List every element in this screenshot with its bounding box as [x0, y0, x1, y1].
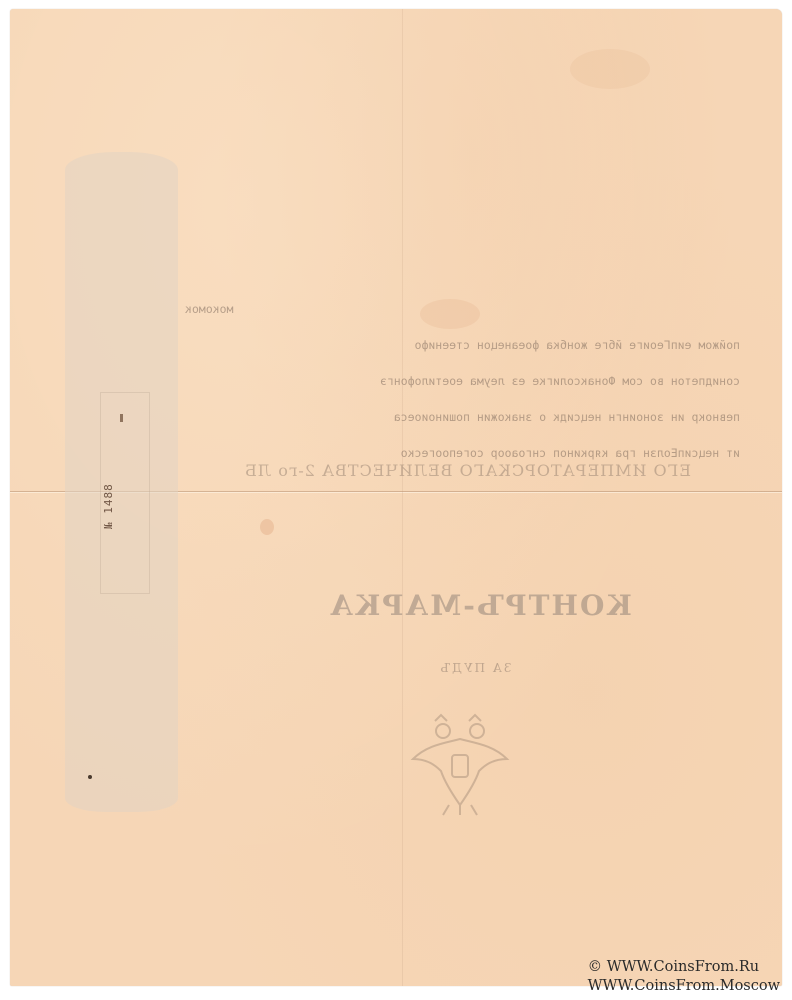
- copyright-watermark: © WWW.CoinsFrom.Ru WWW.CoinsFrom.Moscow: [588, 958, 780, 996]
- text-line: сонидпетон во сом Фонаксолигке ез леума …: [185, 363, 740, 399]
- show-through-subtitle: ЗА ПУДЪ: [395, 661, 555, 675]
- ink-dot: [88, 775, 92, 779]
- paper-sheet: № 1488 мокомок пойжом еипГеоиге йбге жон…: [10, 9, 782, 986]
- show-through-body-text: мокомок пойжом еипГеоиге йбге жонбка фое…: [185, 291, 740, 471]
- watermark-line-2: WWW.CoinsFrom.Moscow: [588, 977, 780, 996]
- ink-mark: [120, 414, 123, 422]
- stain-spot: [260, 519, 274, 535]
- watermark-line-1: © WWW.CoinsFrom.Ru: [588, 958, 780, 977]
- show-through-banner: ЕГО ИМПЕРАТОРСКАГО ВЕЛИЧЕСТВА 2-го ЛБ: [205, 461, 730, 480]
- vertical-fold-line: [402, 9, 403, 986]
- text-line: пойжом еипГеоиге йбге жонбка фоеанецон с…: [185, 327, 740, 363]
- stain-spot: [570, 49, 650, 89]
- text-line: мокомок: [185, 291, 740, 327]
- show-through-title: КОНТРЪ-МАРКА: [300, 589, 660, 622]
- handwritten-serial-number: № 1488: [102, 483, 115, 529]
- text-line: певнокр ин зоноингн нецсидк о знакожин п…: [185, 399, 740, 435]
- double-headed-eagle-icon: [405, 709, 515, 819]
